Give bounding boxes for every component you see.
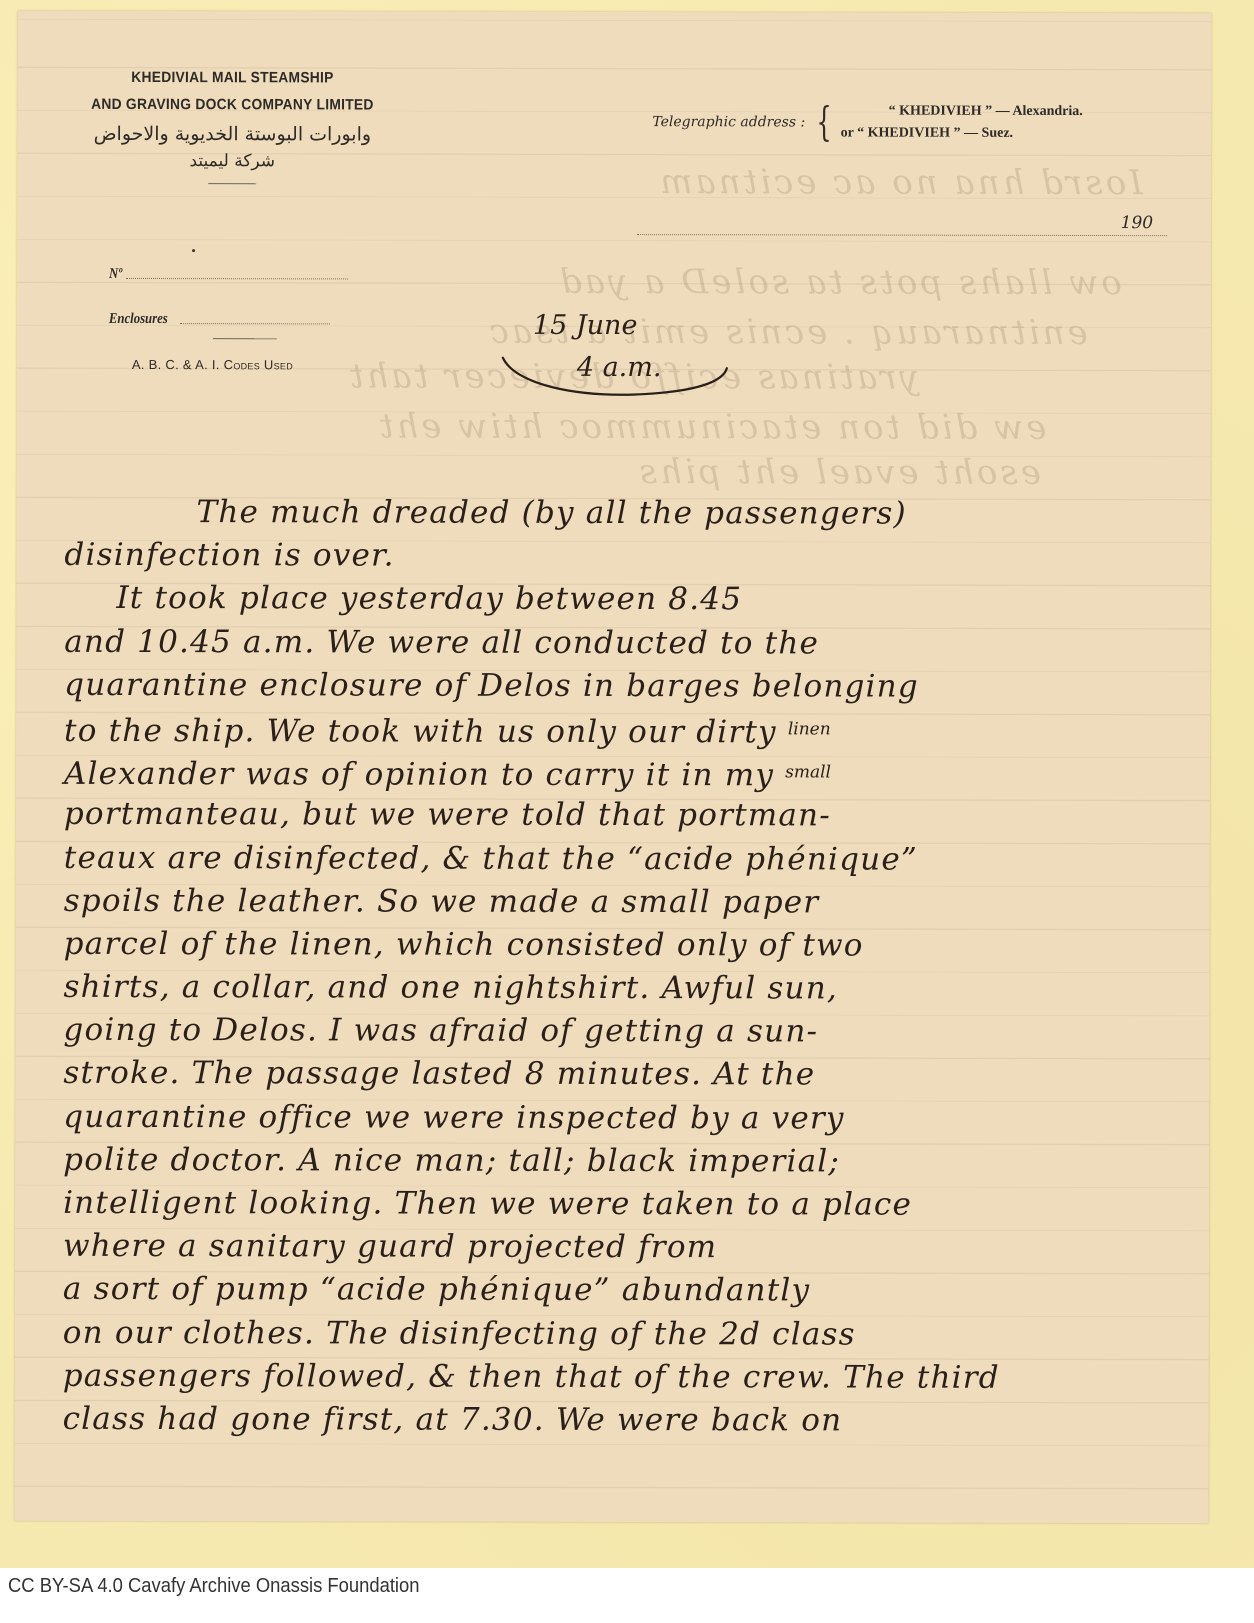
company-name-line1: KHEDIVIAL MAIL STEAMSHIP xyxy=(82,69,382,87)
marginal-addition: small xyxy=(785,762,831,782)
body-line: where a sanitary guard projected from xyxy=(63,1225,1203,1271)
number-dotted-line xyxy=(126,277,348,279)
body-line: stroke. The passage lasted 8 minutes. At… xyxy=(63,1052,1203,1098)
letter-body: The much dreaded (by all the passengers)… xyxy=(63,491,1205,1444)
letter-sheet: Iosrd hna no ac ecitnam ow llahs pots ta… xyxy=(14,11,1211,1523)
body-line: going to Delos. I was afraid of getting … xyxy=(63,1009,1203,1055)
enclosures-field: Enclosures xyxy=(109,311,330,328)
telegraphic-alexandria: “ KHEDIVIEH ” — Alexandria. xyxy=(841,100,1083,123)
body-line: spoils the leather. So we made a small p… xyxy=(64,880,1204,926)
body-line: on our clothes. The disinfecting of the … xyxy=(63,1311,1203,1357)
body-line: polite doctor. A nice man; tall; black i… xyxy=(63,1139,1203,1185)
body-line: class had gone first, at 7.30. We were b… xyxy=(63,1398,1203,1444)
company-type-arabic: شركة ليميتد xyxy=(69,151,395,172)
enclosures-dotted-line xyxy=(180,322,330,324)
company-name-arabic: وابورات البوستة الخديوية والاحواض xyxy=(69,123,395,146)
company-letterhead: KHEDIVIAL MAIL STEAMSHIP AND GRAVING DOC… xyxy=(69,69,395,185)
body-line: portmanteau, but we were told that portm… xyxy=(64,793,1204,839)
body-line: It took place yesterday between 8.45 xyxy=(64,577,1204,623)
telegraphic-address: Telegraphic address : { “ KHEDIVIEH ” — … xyxy=(652,100,1082,145)
body-line: shirts, a collar, and one nightshirt. Aw… xyxy=(63,966,1203,1012)
body-line: teaux are disinfected, & that the “acide… xyxy=(64,836,1204,882)
date-year-prefix: 190 xyxy=(1121,213,1153,233)
body-line: intelligent looking. Then we were taken … xyxy=(63,1182,1203,1228)
date-field: 190 xyxy=(637,212,1167,236)
codes-used-note: A. B. C. & A. I. Codes Used xyxy=(132,357,293,372)
body-line: Alexander was of opinion to carry it in … xyxy=(64,750,1204,796)
company-name-line2: AND GRAVING DOCK COMPANY LIMITED xyxy=(82,96,382,114)
marginal-addition: linen xyxy=(788,719,831,739)
body-line: The much dreaded (by all the passengers) xyxy=(64,491,1204,537)
brace-icon: { xyxy=(816,102,831,142)
ink-dot xyxy=(192,249,195,252)
telegraphic-suez: or “ KHEDIVIEH ” — Suez. xyxy=(841,122,1083,145)
letterhead-divider xyxy=(208,183,256,184)
body-line-text: to the ship. We took with us only our di… xyxy=(64,713,777,750)
body-line: a sort of pump “acide phénique” abundant… xyxy=(63,1268,1203,1314)
body-line: disinfection is over. xyxy=(64,534,1204,580)
enclosures-label: Enclosures xyxy=(109,311,168,328)
body-line: to the ship. We took with us only our di… xyxy=(64,707,1204,753)
body-line: quarantine enclosure of Delos in barges … xyxy=(64,664,1204,710)
body-line: and 10.45 a.m. We were all conducted to … xyxy=(64,620,1204,666)
body-line: passengers followed, & then that of the … xyxy=(63,1355,1203,1401)
license-caption: CC BY-SA 4.0 Cavafy Archive Onassis Foun… xyxy=(8,1575,419,1598)
date-underline-swash xyxy=(495,354,735,401)
handwritten-date: 15 June xyxy=(533,310,638,341)
telegraphic-label: Telegraphic address : xyxy=(652,114,805,130)
number-field: Nº xyxy=(109,266,348,284)
number-label: Nº xyxy=(109,266,122,283)
body-line: quarantine office we were inspected by a… xyxy=(63,1095,1203,1141)
body-line-text: Alexander was of opinion to carry it in … xyxy=(64,756,774,793)
enclosures-divider xyxy=(213,338,277,339)
body-line: parcel of the linen, which consisted onl… xyxy=(64,923,1204,969)
